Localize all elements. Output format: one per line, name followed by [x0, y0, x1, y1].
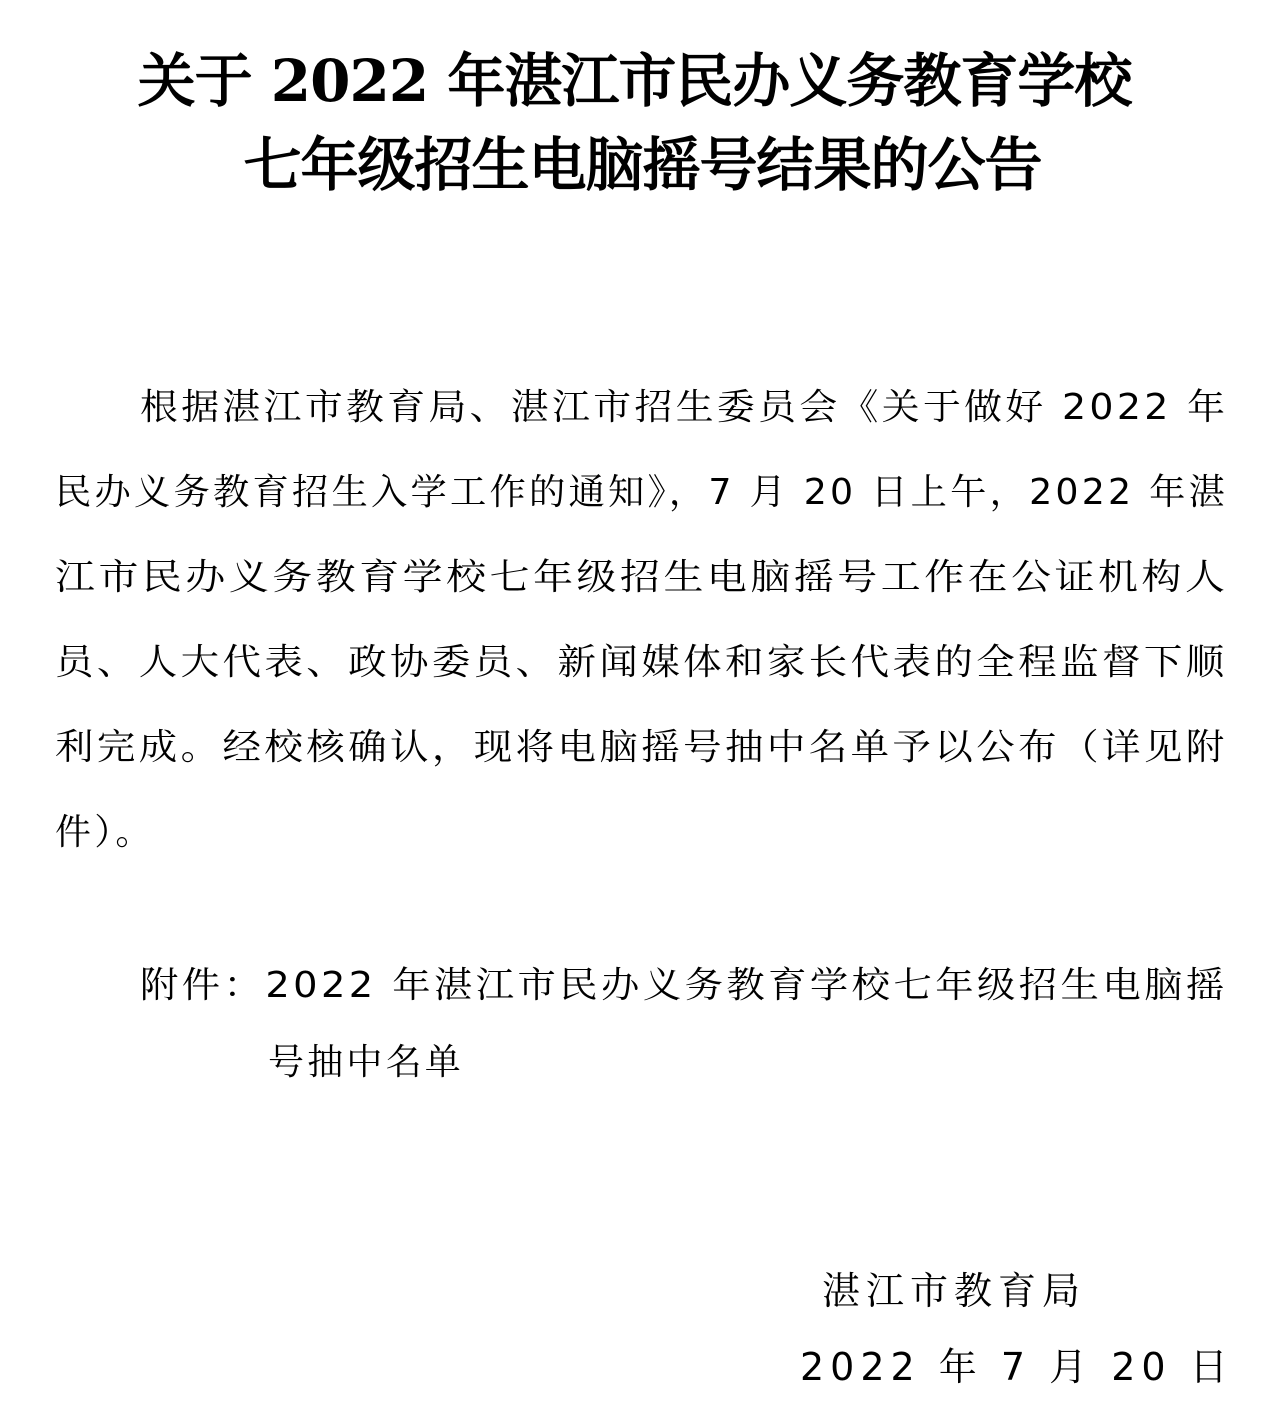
issuer-name: 湛江市教育局 — [822, 1272, 1086, 1310]
attachment-line-1: 附件：2022 年湛江市民办义务教育学校七年级招生电脑摇 — [140, 968, 1228, 1004]
document-title-line-2: 七年级招生电脑摇号结果的公告 — [8, 136, 1269, 194]
document-title-line-1: 关于 2022 年湛江市民办义务教育学校 — [0, 52, 1269, 110]
body-line-2: 民办义务教育招生入学工作的通知》，7 月 20 日上午，2022 年湛 — [55, 475, 1228, 511]
body-line-3: 江市民办义务教育学校七年级招生电脑摇号工作在公证机构人 — [55, 560, 1228, 596]
body-line-1: 根据湛江市教育局、湛江市招生委员会《关于做好 2022 年 — [140, 390, 1228, 426]
attachment-line-2: 号抽中名单 — [268, 1045, 464, 1081]
body-line-6: 件）。 — [55, 815, 155, 851]
body-line-5: 利完成。经校核确认，现将电脑摇号抽中名单予以公布（详见附 — [55, 730, 1228, 766]
body-line-4: 员、人大代表、政协委员、新闻媒体和家长代表的全程监督下顺 — [55, 645, 1228, 681]
issue-date: 2022 年 7 月 20 日 — [800, 1348, 1234, 1386]
